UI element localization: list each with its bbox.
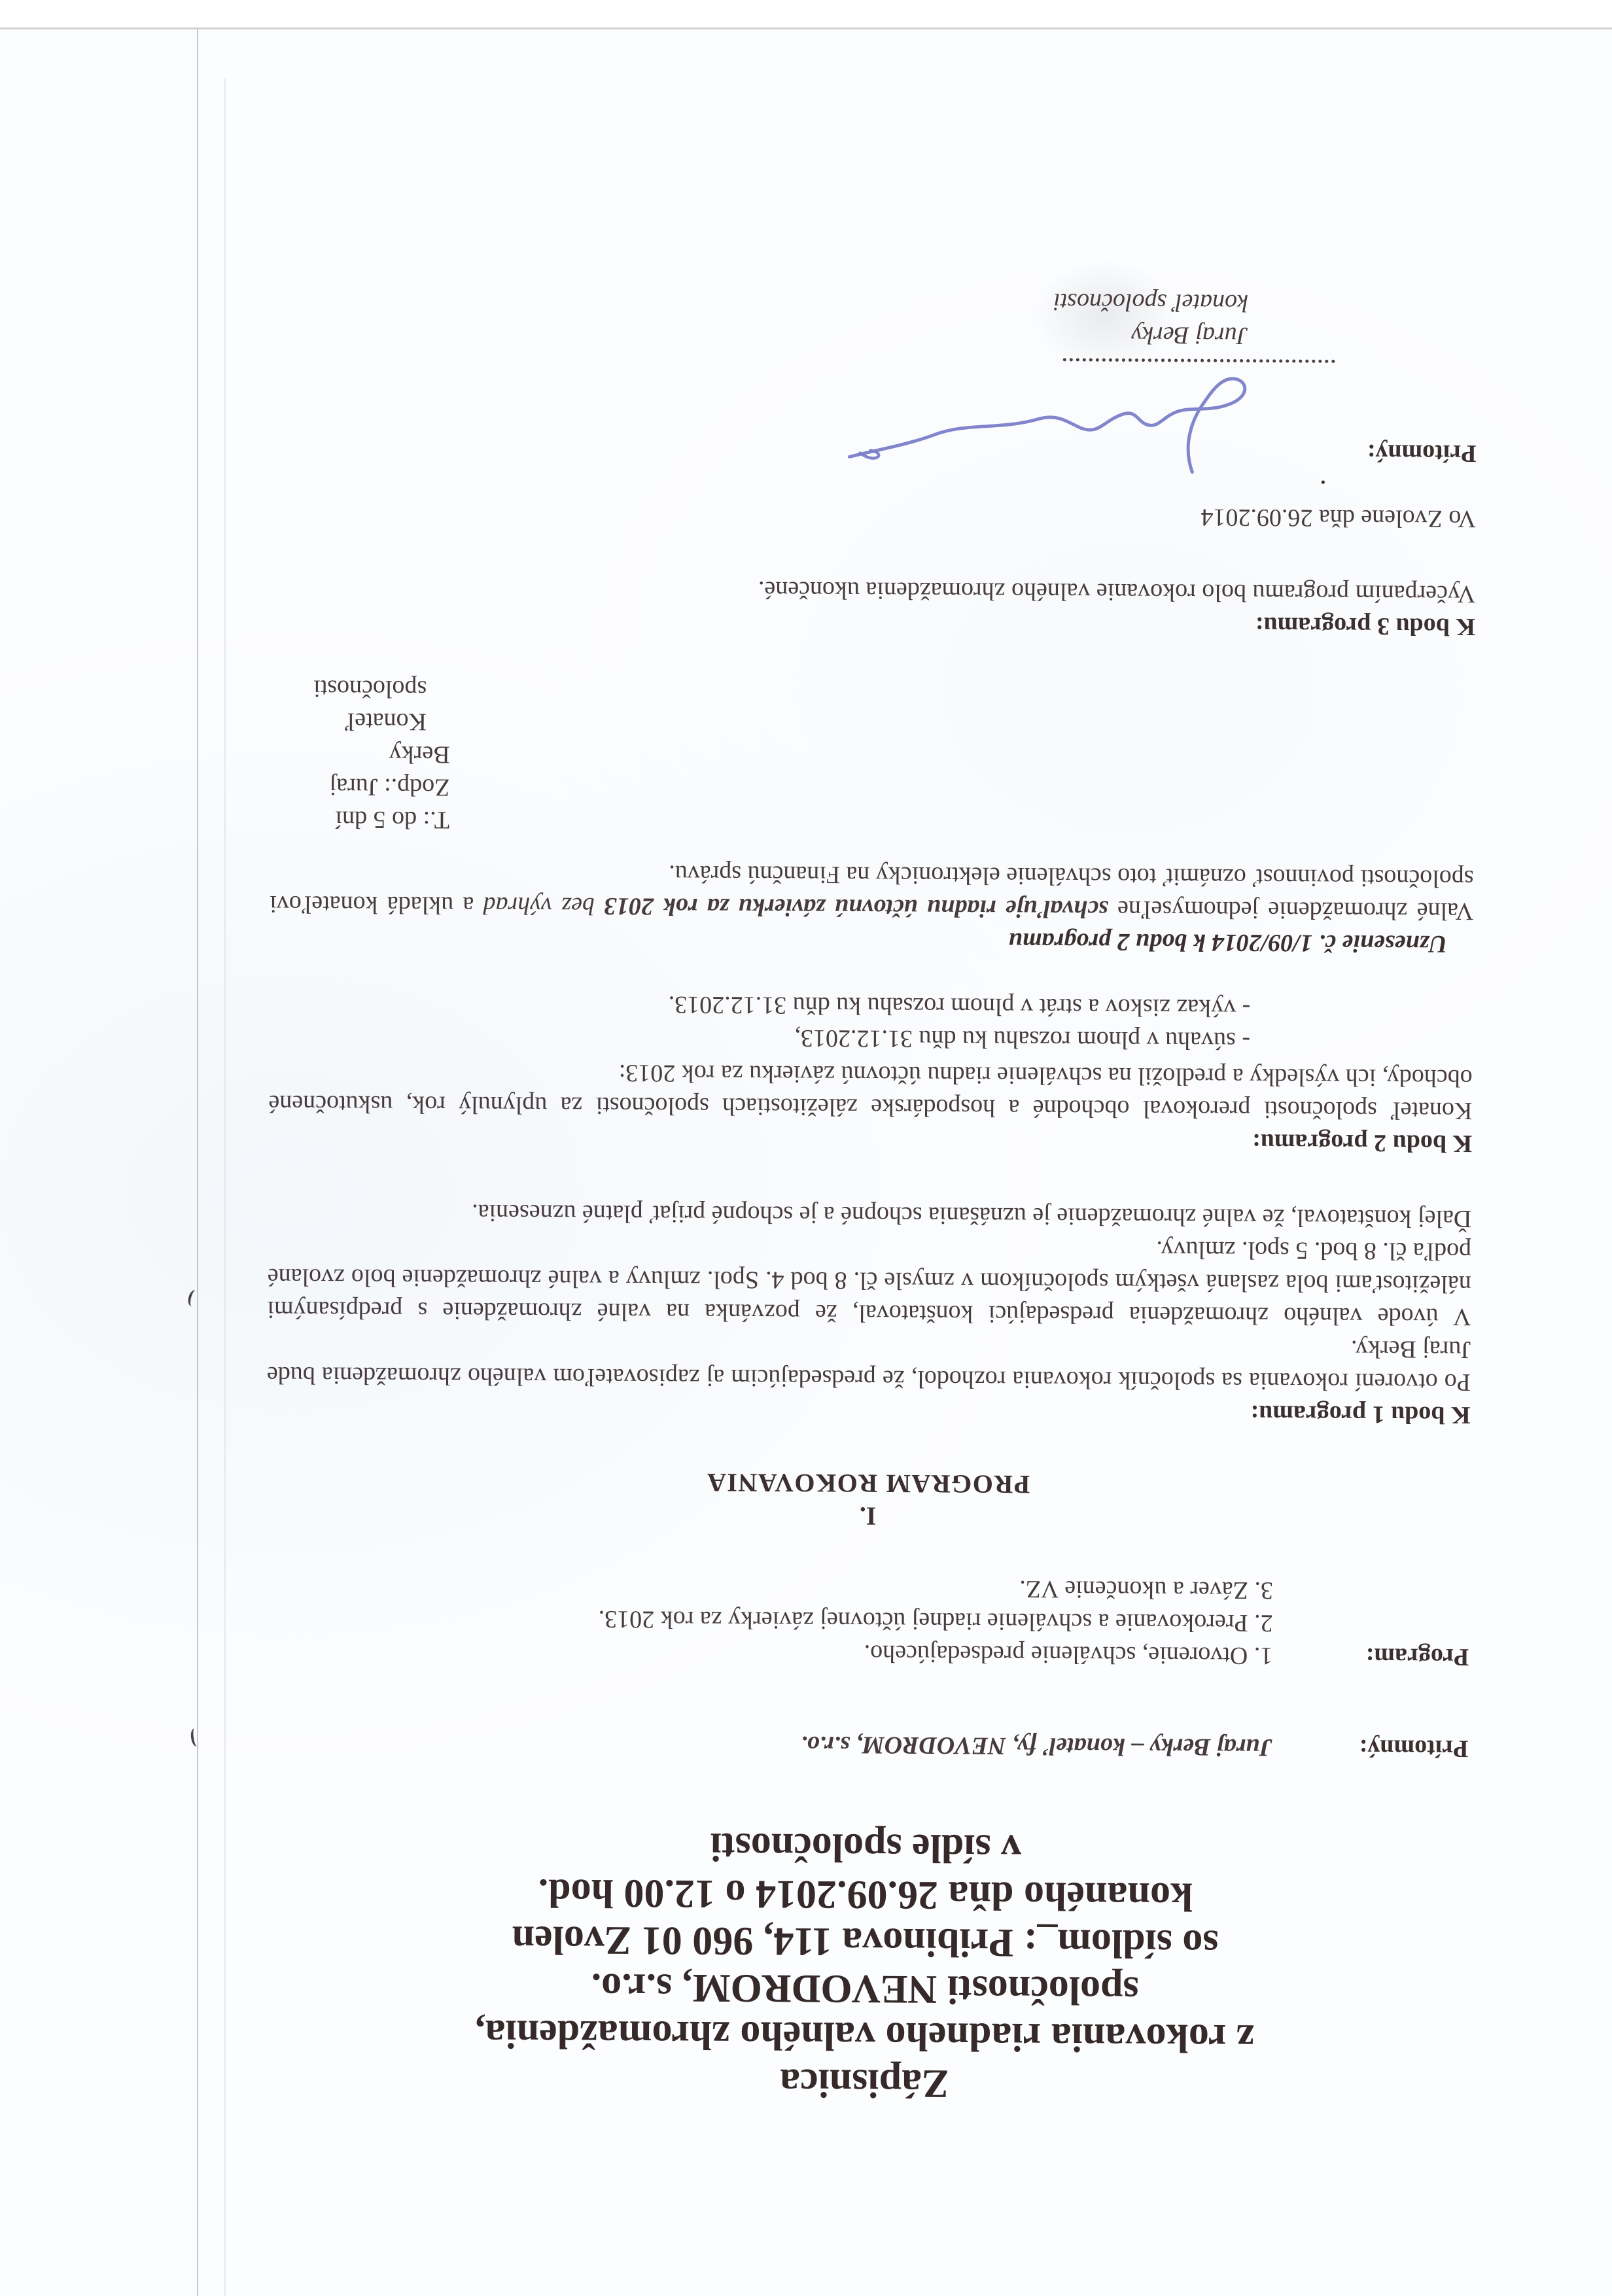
program-row: Program: 1. Otvorenie, schválenie predse… (265, 1568, 1469, 1673)
point1-paragraph: V úvode valného zhromaždenia predsedajúc… (267, 1228, 1471, 1333)
title-line: Zápisnica (262, 2056, 1466, 2110)
signature-area: Juraj Berky konateľ spoločnosti (273, 260, 1478, 437)
scanned-document-screenshot: Zápisnica z rokovania riadneho valného z… (0, 0, 1612, 2296)
bullet-item: - výkaz ziskov a strát v plnom rozsahu k… (269, 986, 1250, 1024)
resolution-responsible-role: Konateľ spoločnosti (271, 672, 451, 739)
point1-paragraph: Po otvorení rokovania sa spoločník rokov… (267, 1326, 1471, 1399)
program-label: Program: (1272, 1574, 1469, 1673)
bullet-item: - súvahu v plnom rozsahu ku dňu 31.12.20… (269, 1018, 1250, 1057)
program-item: 3. Záver a ukončenie VZ. (599, 1570, 1273, 1607)
resolution-body: Valné zhromaždenie jednomyseľne schvaľuj… (270, 855, 1474, 928)
point2-paragraph: Konateľ spoločnosti prerokoval obchodné … (268, 1054, 1473, 1127)
resolution-text-bold: schvaľuje riadnu účtovnú závierku za rok… (604, 892, 1108, 923)
title-line: spoločnosti NEVODROM, s.r.o. (263, 1962, 1467, 2016)
program-items: 1. Otvorenie, schválenie predsedajúceho.… (598, 1570, 1273, 1672)
program-item: 1. Otvorenie, schválenie predsedajúceho. (598, 1635, 1272, 1672)
document-title: Zápisnica z rokovania riadneho valného z… (262, 1820, 1468, 2110)
program-item: 2. Prerokovanie a schválenie riadnej účt… (599, 1603, 1273, 1639)
resolution-text-italic: bez výhrad (483, 892, 604, 920)
resolution-responsible: Zodp.: Juraj Berky (270, 737, 450, 804)
resolution-assignment-block: T.: do 5 dní Zodp.: Juraj Berky Konateľ … (270, 672, 451, 837)
place-and-date: Vo Zvolene dňa 26.09.2014 (272, 495, 1476, 535)
present-label: Prítomný: (1272, 1731, 1468, 1765)
title-line: z rokovania riadneho valného zhromaždeni… (263, 2009, 1467, 2063)
point2-bullets: - súvahu v plnom rozsahu ku dňu 31.12.20… (269, 986, 1473, 1058)
resolution-text-regular: Valné zhromaždenie jednomyseľne (1108, 896, 1474, 925)
present-row: Prítomný: Juraj Berky – konateľ fy, NEVO… (264, 1725, 1468, 1765)
signature-ink (831, 361, 1276, 475)
title-line: so sídlom_: Pribinova 114, 960 01 Zvolen (263, 1915, 1467, 1969)
present-value: Juraj Berky – konateľ fy, NEVODROM, s.r.… (801, 1728, 1272, 1764)
title-line: v sídle spoločnosti (264, 1820, 1467, 1875)
resolution-deadline: T.: do 5 dní (270, 803, 449, 837)
signature-role: konateľ spoločnosti (1053, 285, 1248, 319)
title-line: konaného dňa 26.09.2014 o 12.00 hod. (264, 1868, 1467, 1922)
scanned-page: Zápisnica z rokovania riadneho valného z… (0, 0, 1612, 2296)
signature-name: Juraj Berky (1131, 319, 1248, 352)
